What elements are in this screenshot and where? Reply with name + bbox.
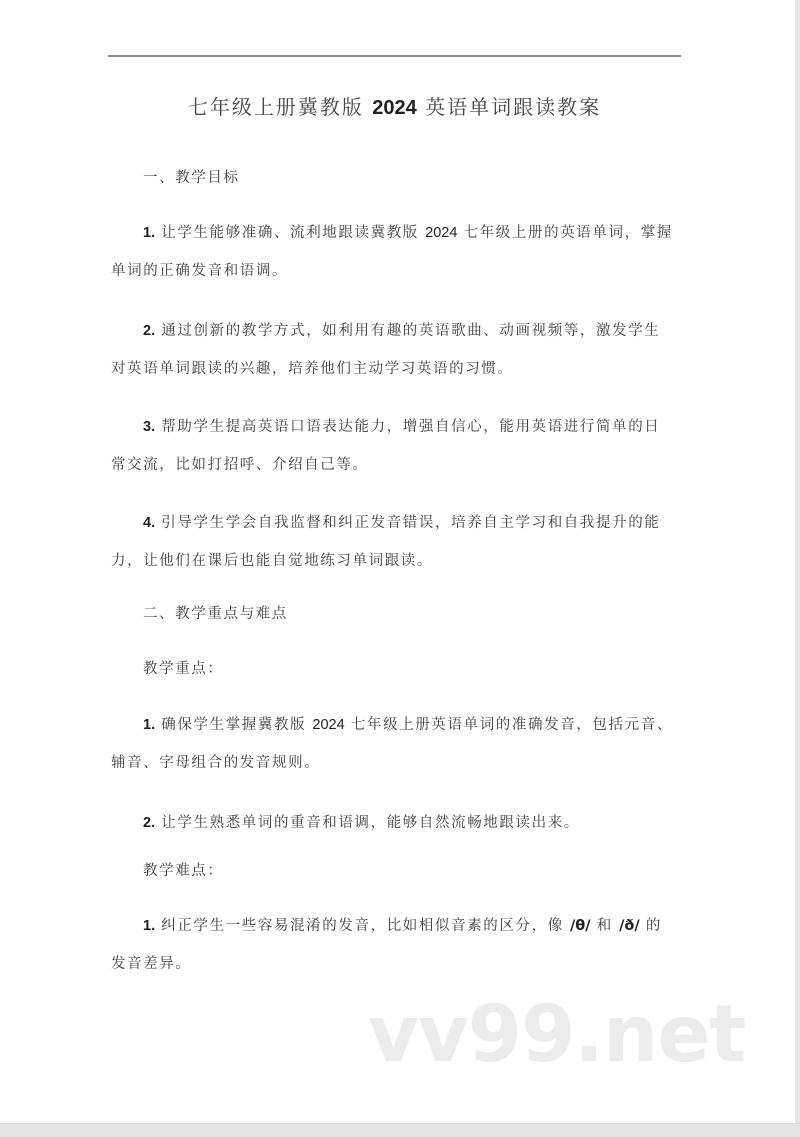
objective-item-2: 2. 通过创新的教学方式，如利用有趣的英语歌曲、动画视频等，激发学生 对英语单词… — [111, 312, 677, 388]
key-point-item-1-line1: 1. 确保学生掌握冀教版 2024 七年级上册英语单词的准确发音，包括元音、 — [111, 706, 677, 744]
watermark: vv99.net — [368, 995, 746, 1075]
objective-item-3-line2: 常交流，比如打招呼、介绍自己等。 — [111, 446, 677, 484]
objective-item-1-line1: 1. 让学生能够准确、流利地跟读冀教版 2024 七年级上册的英语单词，掌握 — [111, 214, 677, 252]
key-point-item-2: 2. 让学生熟悉单词的重音和语调，能够自然流畅地跟读出来。 — [111, 804, 677, 842]
objective-item-1-line2: 单词的正确发音和语调。 — [111, 252, 677, 290]
difficulty-item-1-line1: 1. 纠正学生一些容易混淆的发音，比如相似音素的区分，像 /θ/ 和 /ð/ 的 — [111, 907, 677, 945]
subsection-label-key-points: 教学重点： — [143, 657, 224, 681]
objective-item-2-line1: 2. 通过创新的教学方式，如利用有趣的英语歌曲、动画视频等，激发学生 — [111, 312, 677, 350]
objective-item-4: 4. 引导学生学会自我监督和纠正发音错误，培养自主学习和自我提升的能 力，让他们… — [111, 504, 677, 580]
objective-item-2-line2: 对英语单词跟读的兴趣，培养他们主动学习英语的习惯。 — [111, 350, 677, 388]
objective-item-4-line1: 4. 引导学生学会自我监督和纠正发音错误，培养自主学习和自我提升的能 — [111, 504, 677, 542]
header-rule — [108, 55, 681, 57]
ipa-eth: /ð/ — [619, 918, 640, 934]
page-edge-right — [795, 0, 800, 1137]
document-page: 七年级上册冀教版 2024 英语单词跟读教案 一、教学目标 1. 让学生能够准确… — [0, 0, 795, 1123]
document-title: 七年级上册冀教版 2024 英语单词跟读教案 — [108, 93, 681, 122]
objective-item-3-line1: 3. 帮助学生提高英语口语表达能力，增强自信心，能用英语进行简单的日 — [111, 408, 677, 446]
ipa-theta: /θ/ — [570, 918, 591, 934]
title-prefix: 七年级上册冀教版 — [188, 95, 372, 119]
key-point-item-1: 1. 确保学生掌握冀教版 2024 七年级上册英语单词的准确发音，包括元音、 辅… — [111, 706, 677, 782]
difficulty-item-1: 1. 纠正学生一些容易混淆的发音，比如相似音素的区分，像 /θ/ 和 /ð/ 的… — [111, 907, 677, 983]
objective-item-4-line2: 力，让他们在课后也能自觉地练习单词跟读。 — [111, 542, 677, 580]
objective-item-3: 3. 帮助学生提高英语口语表达能力，增强自信心，能用英语进行简单的日 常交流，比… — [111, 408, 677, 484]
key-point-item-1-line2: 辅音、字母组合的发音规则。 — [111, 744, 677, 782]
title-year: 2024 — [372, 97, 417, 119]
objective-item-1: 1. 让学生能够准确、流利地跟读冀教版 2024 七年级上册的英语单词，掌握 单… — [111, 214, 677, 290]
section-heading-objectives: 一、教学目标 — [143, 166, 240, 190]
difficulty-item-1-line2: 发音差异。 — [111, 945, 677, 983]
title-suffix: 英语单词跟读教案 — [417, 95, 601, 119]
page-edge-bottom — [0, 1123, 800, 1137]
key-point-item-2-line1: 2. 让学生熟悉单词的重音和语调，能够自然流畅地跟读出来。 — [111, 804, 677, 842]
subsection-label-difficulties: 教学难点： — [143, 859, 224, 883]
section-heading-key-points: 二、教学重点与难点 — [143, 602, 288, 626]
